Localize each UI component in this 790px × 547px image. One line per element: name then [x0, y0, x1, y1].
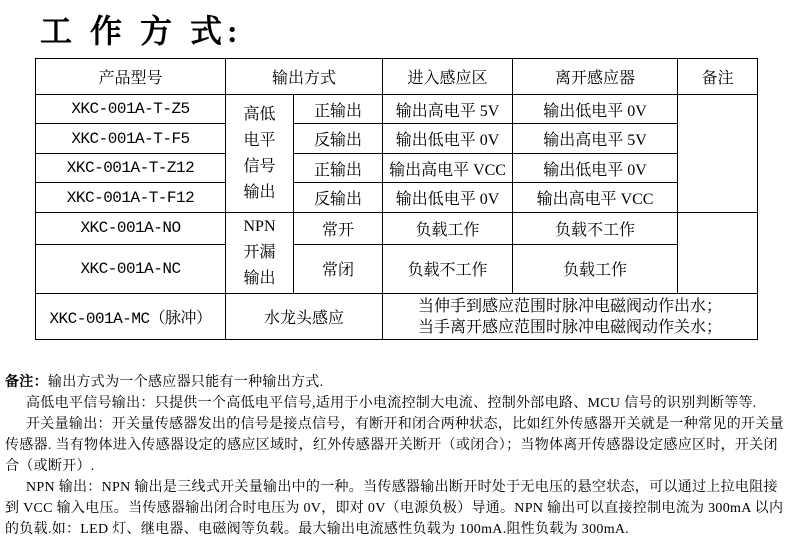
output-mode-cell: 反输出	[294, 124, 383, 154]
leave-zone-cell: 负载不工作	[513, 213, 678, 245]
table-header-row: 产品型号 输出方式 进入感应区 离开感应器 备注	[36, 59, 758, 95]
enter-zone-cell: 输出高电平 VCC	[383, 154, 513, 183]
column-header-enter-zone: 进入感应区	[383, 59, 513, 95]
note-paragraph-switch: 开关量输出：开关量传感器发出的信号是接点信号，有断开和闭合两种状态，比如红外传感…	[5, 414, 787, 477]
page-title: 工 作 方 式:	[40, 6, 243, 52]
note-paragraph-npn: NPN 输出：NPN 输出是三线式开关量输出中的一种。当传感器输出断开时处于无电…	[5, 477, 787, 540]
leave-zone-cell: 负载工作	[513, 244, 678, 293]
note-intro: 备注：输出方式为一个感应器只能有一种输出方式.	[5, 372, 787, 393]
column-header-product-model: 产品型号	[36, 59, 226, 95]
model-cell: XKC-001A-NC	[36, 244, 226, 293]
note-intro-text: 输出方式为一个感应器只能有一种输出方式.	[48, 375, 324, 390]
output-group-faucet-cell: 水龙头感应	[226, 294, 383, 340]
leave-zone-cell: 输出低电平 0V	[513, 95, 678, 124]
enter-zone-cell: 负载工作	[383, 213, 513, 245]
model-cell: XKC-001A-T-F12	[36, 183, 226, 213]
output-mode-cell: 正输出	[294, 154, 383, 183]
output-mode-cell: 反输出	[294, 183, 383, 213]
enter-zone-cell: 输出高电平 5V	[383, 95, 513, 124]
column-header-leave-zone: 离开感应器	[513, 59, 678, 95]
table-row: XKC-001A-T-Z5 高低 电平 信号 输出 正输出 输出高电平 5V 输…	[36, 95, 758, 124]
model-cell: XKC-001A-T-Z12	[36, 154, 226, 183]
output-mode-cell: 常闭	[294, 244, 383, 293]
output-group-high-low-cell: 高低 电平 信号 输出	[226, 95, 294, 213]
table-row: XKC-001A-T-F12 反输出 输出低电平 0V 输出高电平 VCC	[36, 183, 758, 213]
model-cell: XKC-001A-MC（脉冲）	[36, 294, 226, 340]
remark-empty-cell	[678, 95, 758, 213]
document-page: 工 作 方 式: 产品型号 输出方式 进入感应区 离开感应器 备注 XKC-00…	[0, 0, 790, 547]
table-row: XKC-001A-NO NPN 开漏 输出 常开 负载工作 负载不工作	[36, 213, 758, 245]
table-row: XKC-001A-T-F5 反输出 输出低电平 0V 输出高电平 5V	[36, 124, 758, 154]
model-cell: XKC-001A-NO	[36, 213, 226, 245]
output-mode-cell: 常开	[294, 213, 383, 245]
output-group-npn-cell: NPN 开漏 输出	[226, 213, 294, 294]
notes-section: 备注：输出方式为一个感应器只能有一种输出方式. 高低电平信号输出：只提供一个高低…	[5, 372, 787, 540]
table-row: XKC-001A-MC（脉冲） 水龙头感应 当伸手到感应范围时脉冲电磁阀动作出水…	[36, 294, 758, 340]
output-mode-cell: 正输出	[294, 95, 383, 124]
table-row: XKC-001A-NC 常闭 负载不工作 负载工作	[36, 244, 758, 293]
leave-zone-cell: 输出高电平 VCC	[513, 183, 678, 213]
leave-zone-cell: 输出高电平 5V	[513, 124, 678, 154]
column-header-output-mode: 输出方式	[226, 59, 383, 95]
column-header-remark: 备注	[678, 59, 758, 95]
note-label: 备注：	[5, 375, 48, 390]
enter-zone-cell: 输出低电平 0V	[383, 183, 513, 213]
model-cell: XKC-001A-T-F5	[36, 124, 226, 154]
leave-zone-cell: 输出低电平 0V	[513, 154, 678, 183]
enter-zone-cell: 负载不工作	[383, 244, 513, 293]
note-paragraph-high-low: 高低电平信号输出：只提供一个高低电平信号,适用于小电流控制大电流、控制外部电路、…	[5, 393, 787, 414]
model-cell: XKC-001A-T-Z5	[36, 95, 226, 124]
pulse-behavior-cell: 当伸手到感应范围时脉冲电磁阀动作出水； 当手离开感应范围时脉冲电磁阀动作关水；	[383, 294, 758, 340]
enter-zone-cell: 输出低电平 0V	[383, 124, 513, 154]
working-mode-table: 产品型号 输出方式 进入感应区 离开感应器 备注 XKC-001A-T-Z5 高…	[35, 58, 758, 340]
remark-empty-cell	[678, 213, 758, 294]
table-row: XKC-001A-T-Z12 正输出 输出高电平 VCC 输出低电平 0V	[36, 154, 758, 183]
